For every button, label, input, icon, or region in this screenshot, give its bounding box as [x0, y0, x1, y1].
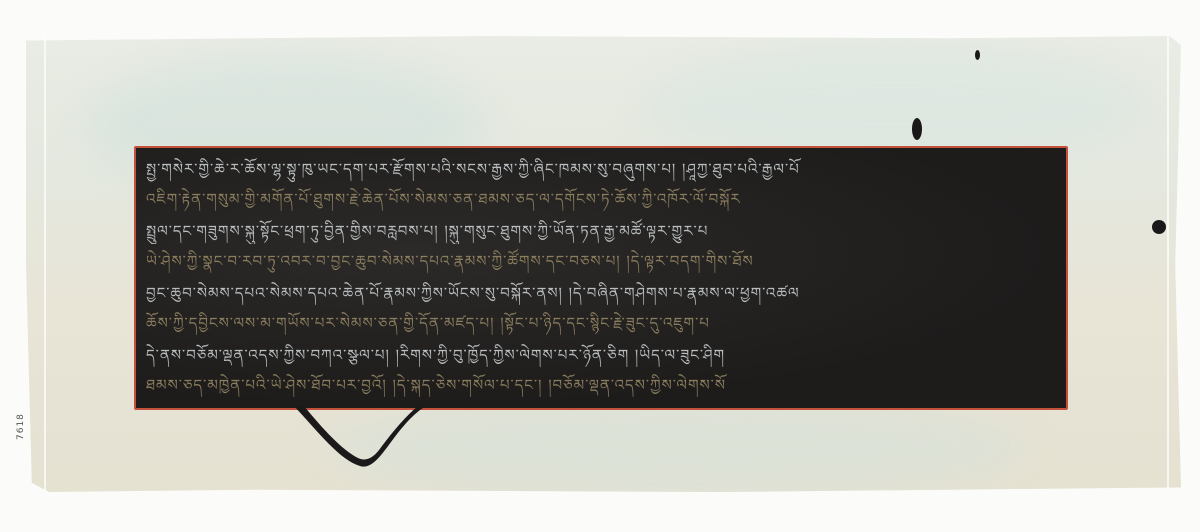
ink-blot [975, 50, 980, 60]
ink-blot [1152, 220, 1166, 234]
script-line: སྤྲུལ་དང་གཟུགས་སྐུ་སྟོང་ཕྲག་ཏུ་བྱིན་གྱིས… [146, 218, 1056, 244]
water-stain [326, 396, 1026, 496]
photo-crease [44, 36, 46, 492]
script-line: དེ་ནས་བཅོམ་ལྡན་འདས་ཀྱིས་བཀའ་སྩལ་པ། །རིགས… [146, 342, 1056, 368]
script-line: སྤྱ་གསེར་གྱི་ཆེ་ར་ཆོས་ལྷ་སྟུ་ཁུ་ཡང་དག་པར… [146, 156, 1056, 182]
photo-crease [1167, 36, 1169, 492]
ink-blot [912, 118, 922, 140]
script-line: ཡེ་ཤེས་ཀྱི་སྣང་བ་རབ་ཏུ་འབར་བ་བྱང་ཆུབ་སེམ… [146, 248, 1056, 274]
script-line: ཐམས་ཅད་མཁྱེན་པའི་ཡེ་ཤེས་ཐོབ་པར་བྱའོ། །དེ… [146, 372, 1056, 398]
script-line: འཇིག་རྟེན་གསུམ་གྱི་མགོན་པོ་ཐུགས་རྗེ་ཆེན་… [146, 186, 1056, 212]
script-line: ཆོས་ཀྱི་དབྱིངས་ལས་མ་གཡོས་པར་སེམས་ཅན་གྱི་… [146, 310, 1056, 336]
catalog-number: 7618 [16, 413, 26, 440]
script-line: བྱང་ཆུབ་སེམས་དཔའ་སེམས་དཔའ་ཆེན་པོ་རྣམས་ཀྱ… [146, 280, 1056, 306]
ink-drip [290, 404, 430, 470]
script-panel: སྤྱ་གསེར་གྱི་ཆེ་ར་ཆོས་ལྷ་སྟུ་ཁུ་ཡང་དག་པར… [134, 146, 1068, 410]
